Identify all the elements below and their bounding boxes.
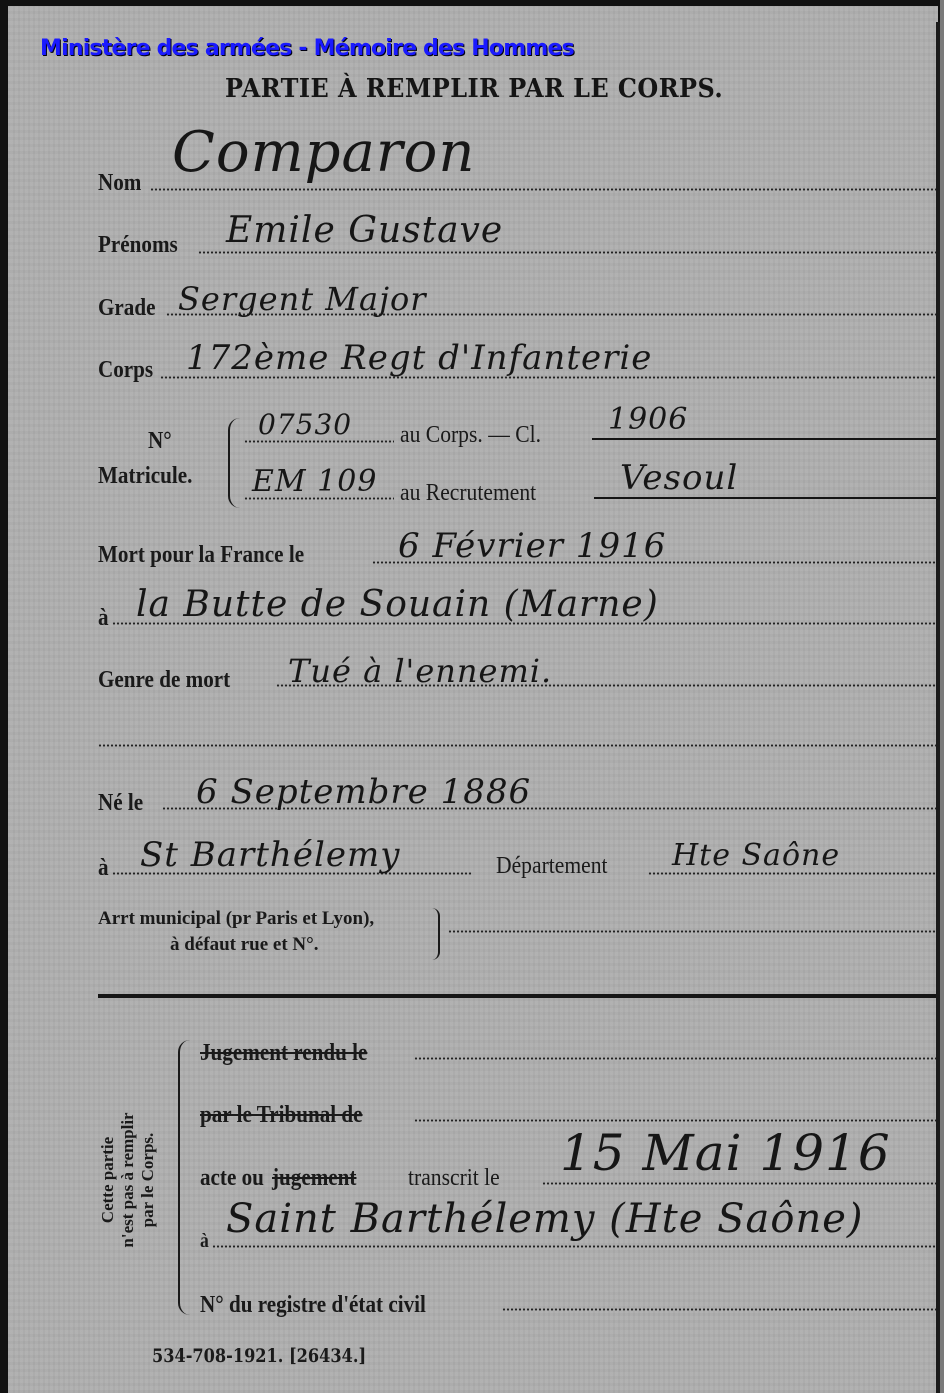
side-note-line-2: n'est pas à remplir <box>118 1080 138 1280</box>
arrondissement-label-2: à défaut rue et N°. <box>170 934 318 956</box>
acte-label-1: acte ou <box>200 1165 264 1192</box>
acte-label-2: jugement <box>272 1165 356 1192</box>
matricule-recrutement-value: EM 109 <box>252 464 377 499</box>
classe-line <box>592 438 936 440</box>
tribunal-label: par le Tribunal de <box>200 1102 363 1129</box>
genre-mort-label: Genre de mort <box>98 667 230 694</box>
acte-line <box>542 1182 936 1185</box>
grade-value: Sergent Major <box>178 280 427 318</box>
corps-label: Corps <box>98 357 153 384</box>
prenoms-label: Prénoms <box>98 232 178 259</box>
grade-label: Grade <box>98 295 155 322</box>
matricule-corps-label: au Corps. — Cl. <box>400 422 541 449</box>
nom-label: Nom <box>98 170 141 197</box>
departement-value: Hte Saône <box>672 838 840 873</box>
lieu-mort-value: la Butte de Souain (Marne) <box>136 584 659 625</box>
genre-mort-value: Tué à l'ennemi. <box>288 652 552 690</box>
separator-dotted <box>98 744 936 748</box>
departement-label: Département <box>496 853 608 880</box>
matricule-corps-value: 07530 <box>258 408 352 441</box>
page-title: PARTIE À REMPLIR PAR LE CORPS. <box>225 74 723 104</box>
print-reference: 534-708-1921. [26434.] <box>152 1345 366 1367</box>
lieu-naissance-value: St Barthélemy <box>140 835 400 875</box>
arrondissement-brace <box>432 908 440 960</box>
nom-line <box>150 188 936 191</box>
prenoms-line <box>198 251 936 254</box>
nom-value: Comparon <box>172 120 475 185</box>
mort-value: 6 Février 1916 <box>398 526 666 566</box>
scan-border <box>940 0 944 1393</box>
matricule-label: Matricule. <box>98 463 192 490</box>
side-note-line-1: Cette partie <box>98 1080 118 1280</box>
jugement-line <box>414 1057 936 1060</box>
tribunal-line <box>414 1119 936 1122</box>
acte-label-3: transcrit le <box>408 1165 500 1192</box>
recrutement-place-value: Vesoul <box>620 458 738 498</box>
naissance-value: 6 Septembre 1886 <box>196 772 531 812</box>
side-note-line-3: par le Corps. <box>138 1080 158 1280</box>
acte-value: 15 Mai 1916 <box>560 1124 891 1182</box>
classe-value: 1906 <box>608 402 688 437</box>
civil-lieu-value: Saint Barthélemy (Hte Saône) <box>226 1196 864 1242</box>
lieu-naissance-label: à <box>98 855 109 882</box>
registre-line <box>502 1308 936 1311</box>
section-divider <box>98 994 936 998</box>
recrutement-label: au Recrutement <box>400 480 536 507</box>
civil-brace <box>178 1040 192 1315</box>
naissance-label: Né le <box>98 790 143 817</box>
arrondissement-line <box>448 930 936 933</box>
lieu-mort-label: à <box>98 605 109 632</box>
mort-label: Mort pour la France le <box>98 542 304 569</box>
arrondissement-label-1: Arrt municipal (pr Paris et Lyon), <box>98 908 374 930</box>
corps-value: 172ème Regt d'Infanterie <box>186 338 652 378</box>
prenoms-value: Emile Gustave <box>226 210 503 251</box>
side-note: Cette partie n'est pas à remplir par le … <box>98 1080 158 1280</box>
matricule-brace <box>228 418 240 508</box>
jugement-label: Jugement rendu le <box>200 1040 367 1067</box>
registre-label: N° du registre d'état civil <box>200 1292 426 1319</box>
matricule-no-label: N° <box>148 428 172 455</box>
civil-lieu-line <box>212 1245 936 1248</box>
civil-lieu-label: à <box>200 1230 209 1253</box>
watermark: Ministère des armées - Mémoire des Homme… <box>40 36 574 61</box>
